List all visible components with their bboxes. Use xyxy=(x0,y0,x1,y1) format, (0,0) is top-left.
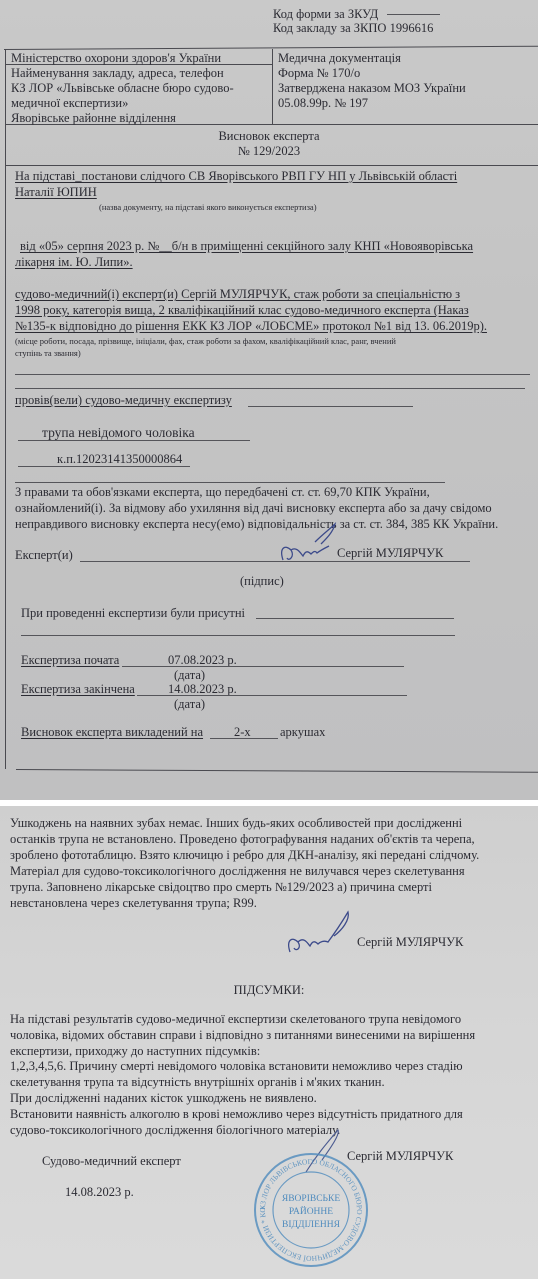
approved-by: Затверджена наказом МОЗ України xyxy=(278,80,466,96)
basis-line2: Наталії ЮПИН xyxy=(15,184,97,200)
svg-text:ВІДДІЛЕННЯ: ВІДДІЛЕННЯ xyxy=(282,1220,341,1230)
present-label: При проведенні експертизи були присутні xyxy=(21,605,245,621)
object-underline xyxy=(18,440,250,441)
conclusion-line-7: Встановити наявність алкоголю в крові не… xyxy=(10,1106,530,1122)
zkud-blank-line xyxy=(387,14,440,15)
institution-name-line1: КЗ ЛОР «Львівське обласне бюро судово- xyxy=(11,80,234,96)
rights-line3: неправдивого висновку експерта несу(емо)… xyxy=(15,516,498,532)
expert-caption-line1: (місце роботи, посада, прізвище, ініціал… xyxy=(15,336,396,347)
present-line-2 xyxy=(21,635,455,636)
conclusions-title: ПІДСУМКИ: xyxy=(0,982,538,998)
end-date-caption: (дата) xyxy=(174,696,205,712)
ministry-name: Міністерство охорони здоров'я України xyxy=(11,50,221,66)
blank-line-3 xyxy=(15,482,445,483)
zkpo-label: Код закладу за ЗКПО xyxy=(273,21,386,35)
official-stamp: КЗ ЛОР ЛЬВІВСЬКОГО ОБЛАСНОГО БЮРО СУДОВО… xyxy=(252,1151,370,1269)
zkud-label: Код форми за ЗКУД xyxy=(273,7,378,21)
conclusion-line-6: При дослідженні наданих кісток ушкоджень… xyxy=(10,1090,317,1106)
expert-line3: №135-к відповідно до рішення ЕКК КЗ ЛОР … xyxy=(15,318,487,334)
svg-text:РАЙОННЕ: РАЙОННЕ xyxy=(289,1205,333,1217)
document-page-1: Код форми за ЗКУД Код закладу за ЗКПО 19… xyxy=(0,0,538,800)
date-place-line2: лікарня ім. Ю. Липи». xyxy=(15,254,133,270)
page-bottom-border xyxy=(16,769,538,773)
expert-line1: судово-медичний(і) експерт(и) Сергій МУЛ… xyxy=(15,286,460,302)
expert-line2: 1998 року, категорія вища, 2 кваліфікаці… xyxy=(15,302,469,318)
document-page-2: Ушкоджень на наявних зубах немає. Інших … xyxy=(0,806,538,1279)
signature-label: Експерт(и) xyxy=(15,547,73,563)
sheets-label: Висновок експерта викладений на xyxy=(21,724,203,740)
conducted-object: трупа невідомого чоловіка xyxy=(42,424,195,441)
footer-date: 14.08.2023 р. xyxy=(65,1184,134,1200)
institution-label: Найменування закладу, адреса, телефон xyxy=(11,65,224,81)
sheets-line xyxy=(210,738,278,739)
start-line xyxy=(122,666,404,667)
blank-line-1 xyxy=(15,374,530,375)
conducted-label: провів(вели) судово-медичну експертизу xyxy=(15,392,232,408)
start-label: Експертиза почата xyxy=(21,652,119,668)
findings-line-6: невстановлена через скелетування трупа; … xyxy=(10,895,257,911)
table-column-divider xyxy=(272,49,273,125)
conclusion-line-2: чоловіка, відомих обставин справи і відп… xyxy=(10,1027,530,1043)
signature-name: Сергій МУЛЯРЧУК xyxy=(337,545,443,561)
svg-text:ЯВОРІВСЬКЕ: ЯВОРІВСЬКЕ xyxy=(282,1194,340,1204)
basis-line1: На підставі_постанови слідчого СВ Яворів… xyxy=(15,168,457,184)
conclusion-line-4: 1,2,3,4,5,6. Причину смерті невідомого ч… xyxy=(10,1058,530,1074)
title-divider xyxy=(5,165,538,166)
case-underline xyxy=(18,466,190,467)
document-title: Висновок експерта xyxy=(0,128,538,144)
findings-line-1: Ушкоджень на наявних зубах немає. Інших … xyxy=(10,815,530,831)
document-number: № 129/2023 xyxy=(0,143,538,159)
rights-line2: ознайомлений(і). За відмову або ухиляння… xyxy=(15,500,492,516)
conclusion-line-5: скелетування трупа та відсутність внутрі… xyxy=(10,1074,385,1090)
basis-caption: (назва документу, на підставі якого вико… xyxy=(99,202,317,213)
rights-line1: З правами та обов'язками експерта, що пе… xyxy=(15,484,430,500)
date-place-line1: від «05» серпня 2023 р. №__б/н в приміще… xyxy=(20,238,473,254)
department-name: Яворівське районне відділення xyxy=(11,110,176,126)
institution-name-line2: медичної експертизи» xyxy=(11,95,128,111)
doc-type: Медична документація xyxy=(278,50,401,66)
present-line-1 xyxy=(256,618,454,619)
expert-caption-line2: ступінь та звання) xyxy=(15,348,81,359)
blank-line-2 xyxy=(15,388,525,389)
form-number: Форма № 170/о xyxy=(278,65,360,81)
footer-role: Судово-медичний експерт xyxy=(42,1153,181,1169)
stamp-seal-icon: КЗ ЛОР ЛЬВІВСЬКОГО ОБЛАСНОГО БЮРО СУДОВО… xyxy=(252,1151,370,1269)
approved-date: 05.08.99р. № 197 xyxy=(278,95,368,111)
signature-scribble-icon xyxy=(275,520,345,570)
form-code-zkpo: Код закладу за ЗКПО 1996616 xyxy=(273,20,433,36)
findings-line-5: трупа. Заповнено лікарське свідоцтво про… xyxy=(10,879,530,895)
end-label: Експертиза закінчена xyxy=(21,681,135,697)
signature-scribble-icon xyxy=(282,906,362,956)
sheets-suffix: аркушах xyxy=(280,724,325,740)
conclusion-line-8: судово-токсикологічного дослідження біол… xyxy=(10,1122,340,1138)
conclusion-line-3: експертизи, приходжу до наступних підсум… xyxy=(10,1043,260,1059)
conducted-blank-line xyxy=(248,406,413,407)
case-number: к.п.12023141350000864 xyxy=(57,451,182,467)
findings-line-4: Матеріал для судово-токсикологічного дос… xyxy=(10,863,530,879)
findings-signature-name: Сергій МУЛЯРЧУК xyxy=(357,934,463,950)
findings-line-2: останків трупа не встановлено. Проведено… xyxy=(10,831,530,847)
conclusion-line-1: На підставі результатів судово-медичної … xyxy=(10,1011,530,1027)
findings-line-3: зроблено фототаблицю. Взято ключицю і ре… xyxy=(10,847,530,863)
signature-caption: (підпис) xyxy=(240,573,284,589)
zkpo-value: 1996616 xyxy=(390,21,434,35)
